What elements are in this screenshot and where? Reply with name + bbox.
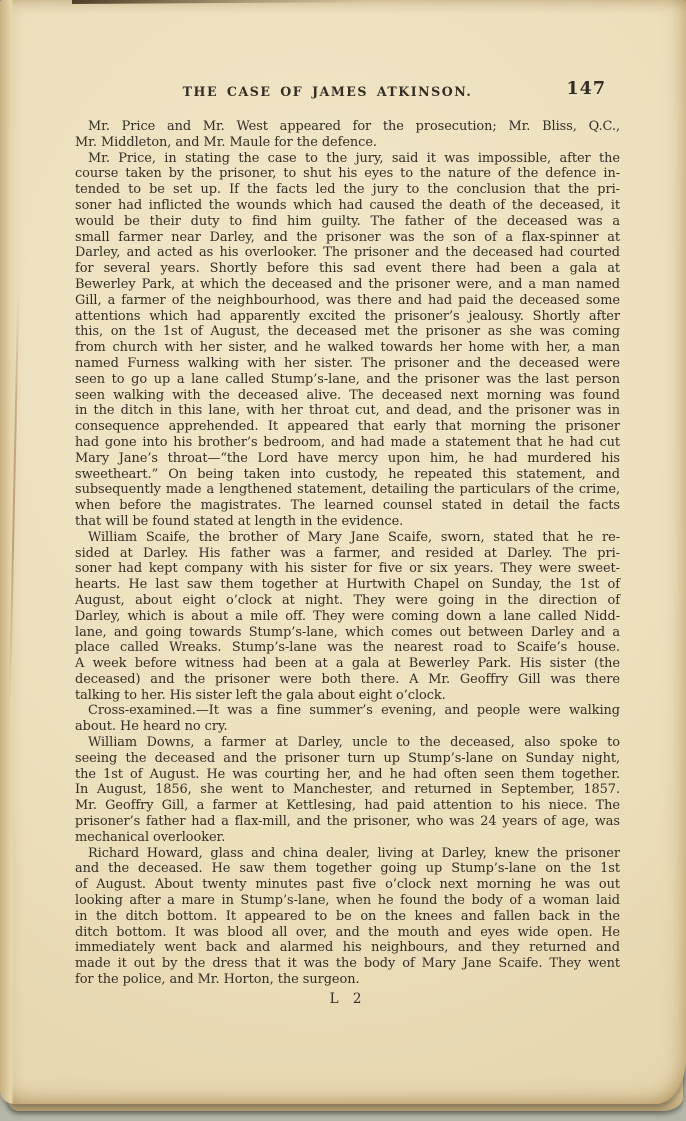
text-line: A week before witness had been at a gala… — [75, 656, 620, 672]
text-line: the 1st of August. He was courting her, … — [75, 767, 620, 783]
text-line: prisoner’s father had a flax-mill, and t… — [75, 814, 620, 830]
signature-mark: L 2 — [75, 991, 620, 1007]
text-line: small farmer near Darley, and the prison… — [75, 230, 620, 246]
text-line: consequence apprehended. It appeared tha… — [75, 419, 620, 435]
text-line: Richard Howard, glass and china dealer, … — [75, 846, 620, 862]
text-line: talking to her. His sister left the gala… — [75, 688, 620, 704]
paragraph: William Downs, a farmer at Darley, uncle… — [75, 735, 620, 846]
text-line: had gone into his brother’s bedroom, and… — [75, 435, 620, 451]
page-number: 147 — [566, 79, 606, 99]
paragraph: Richard Howard, glass and china dealer, … — [75, 846, 620, 988]
text-line: Mary Jane’s throat—“the Lord have mercy … — [75, 451, 620, 467]
book-scan-scene: THE CASE OF JAMES ATKINSON. 147 Mr. Pric… — [0, 0, 686, 1121]
text-line: Mr. Middleton, and Mr. Maule for the def… — [75, 135, 620, 151]
text-line: subsequently made a lengthened statement… — [75, 482, 620, 498]
text-line: hearts. He last saw them together at Hur… — [75, 577, 620, 593]
text-line: Mr. Price, in stating the case to the ju… — [75, 151, 620, 167]
text-line: tended to be set up. If the facts led th… — [75, 182, 620, 198]
paragraph: William Scaife, the brother of Mary Jane… — [75, 530, 620, 704]
text-line: from church with her sister, and he walk… — [75, 340, 620, 356]
text-line: seeing the deceased and the prisoner tur… — [75, 751, 620, 767]
running-title: THE CASE OF JAMES ATKINSON. — [75, 84, 620, 99]
text-line: William Downs, a farmer at Darley, uncle… — [75, 735, 620, 751]
text-line: that will be found stated at length in t… — [75, 514, 620, 530]
text-line: Gill, a farmer of the neighbourhood, was… — [75, 293, 620, 309]
text-line: of August. About twenty minutes past fiv… — [75, 877, 620, 893]
text-line: sweetheart.” On being taken into custody… — [75, 467, 620, 483]
text-line: immediately went back and alarmed his ne… — [75, 940, 620, 956]
text-line: Mr. Price and Mr. West appeared for the … — [75, 119, 620, 135]
text-line: soner had kept company with his sister f… — [75, 561, 620, 577]
text-line: for several years. Shortly before this s… — [75, 261, 620, 277]
book-page: THE CASE OF JAMES ATKINSON. 147 Mr. Pric… — [0, 0, 686, 1104]
text-line: about. He heard no cry. — [75, 719, 620, 735]
text-line: Mr. Geoffry Gill, a farmer at Kettlesing… — [75, 798, 620, 814]
text-line: course taken by the prisoner, to shut hi… — [75, 166, 620, 182]
paragraph: Mr. Price, in stating the case to the ju… — [75, 151, 620, 530]
text-line: this, on the 1st of August, the deceased… — [75, 324, 620, 340]
text-line: in the ditch in this lane, with her thro… — [75, 403, 620, 419]
page-header: THE CASE OF JAMES ATKINSON. 147 — [75, 84, 620, 102]
text-line: Darley, which is about a mile off. They … — [75, 609, 620, 625]
page-content: THE CASE OF JAMES ATKINSON. 147 Mr. Pric… — [75, 0, 620, 1007]
text-line: ditch bottom. It was blood all over, and… — [75, 925, 620, 941]
text-line: named Furness walking with her sister. T… — [75, 356, 620, 372]
text-line: lane, and going towards Stump’s-lane, wh… — [75, 625, 620, 641]
text-line: seen to go up a lane called Stump’s-lane… — [75, 372, 620, 388]
text-line: William Scaife, the brother of Mary Jane… — [75, 530, 620, 546]
text-line: seen walking with the deceased alive. Th… — [75, 388, 620, 404]
paragraph: Mr. Price and Mr. West appeared for the … — [75, 119, 620, 151]
text-line: looking after a mare in Stump’s-lane, wh… — [75, 893, 620, 909]
text-line: when before the magistrates. The learned… — [75, 498, 620, 514]
text-line: made it out by the dress that it was the… — [75, 956, 620, 972]
text-line: place called Wreaks. Stump’s-lane was th… — [75, 640, 620, 656]
text-line: soner had inflicted the wounds which had… — [75, 198, 620, 214]
text-line: In August, 1856, she went to Manchester,… — [75, 782, 620, 798]
text-line: in the ditch bottom. It appeared to be o… — [75, 909, 620, 925]
text-block: Mr. Price and Mr. West appeared for the … — [75, 119, 620, 988]
text-line: for the police, and Mr. Horton, the surg… — [75, 972, 620, 988]
text-line: mechanical overlooker. — [75, 830, 620, 846]
text-line: August, about eight o’clock at night. Th… — [75, 593, 620, 609]
text-line: Darley, and acted as his overlooker. The… — [75, 245, 620, 261]
text-line: would be their duty to find him guilty. … — [75, 214, 620, 230]
text-line: and the deceased. He saw them together g… — [75, 861, 620, 877]
text-line: deceased) and the prisoner were both the… — [75, 672, 620, 688]
text-line: sided at Darley. His father was a farmer… — [75, 546, 620, 562]
text-line: Cross-examined.—It was a fine summer’s e… — [75, 703, 620, 719]
text-line: Bewerley Park, at which the deceased and… — [75, 277, 620, 293]
text-line: attentions which had apparently excited … — [75, 309, 620, 325]
paragraph: Cross-examined.—It was a fine summer’s e… — [75, 703, 620, 735]
